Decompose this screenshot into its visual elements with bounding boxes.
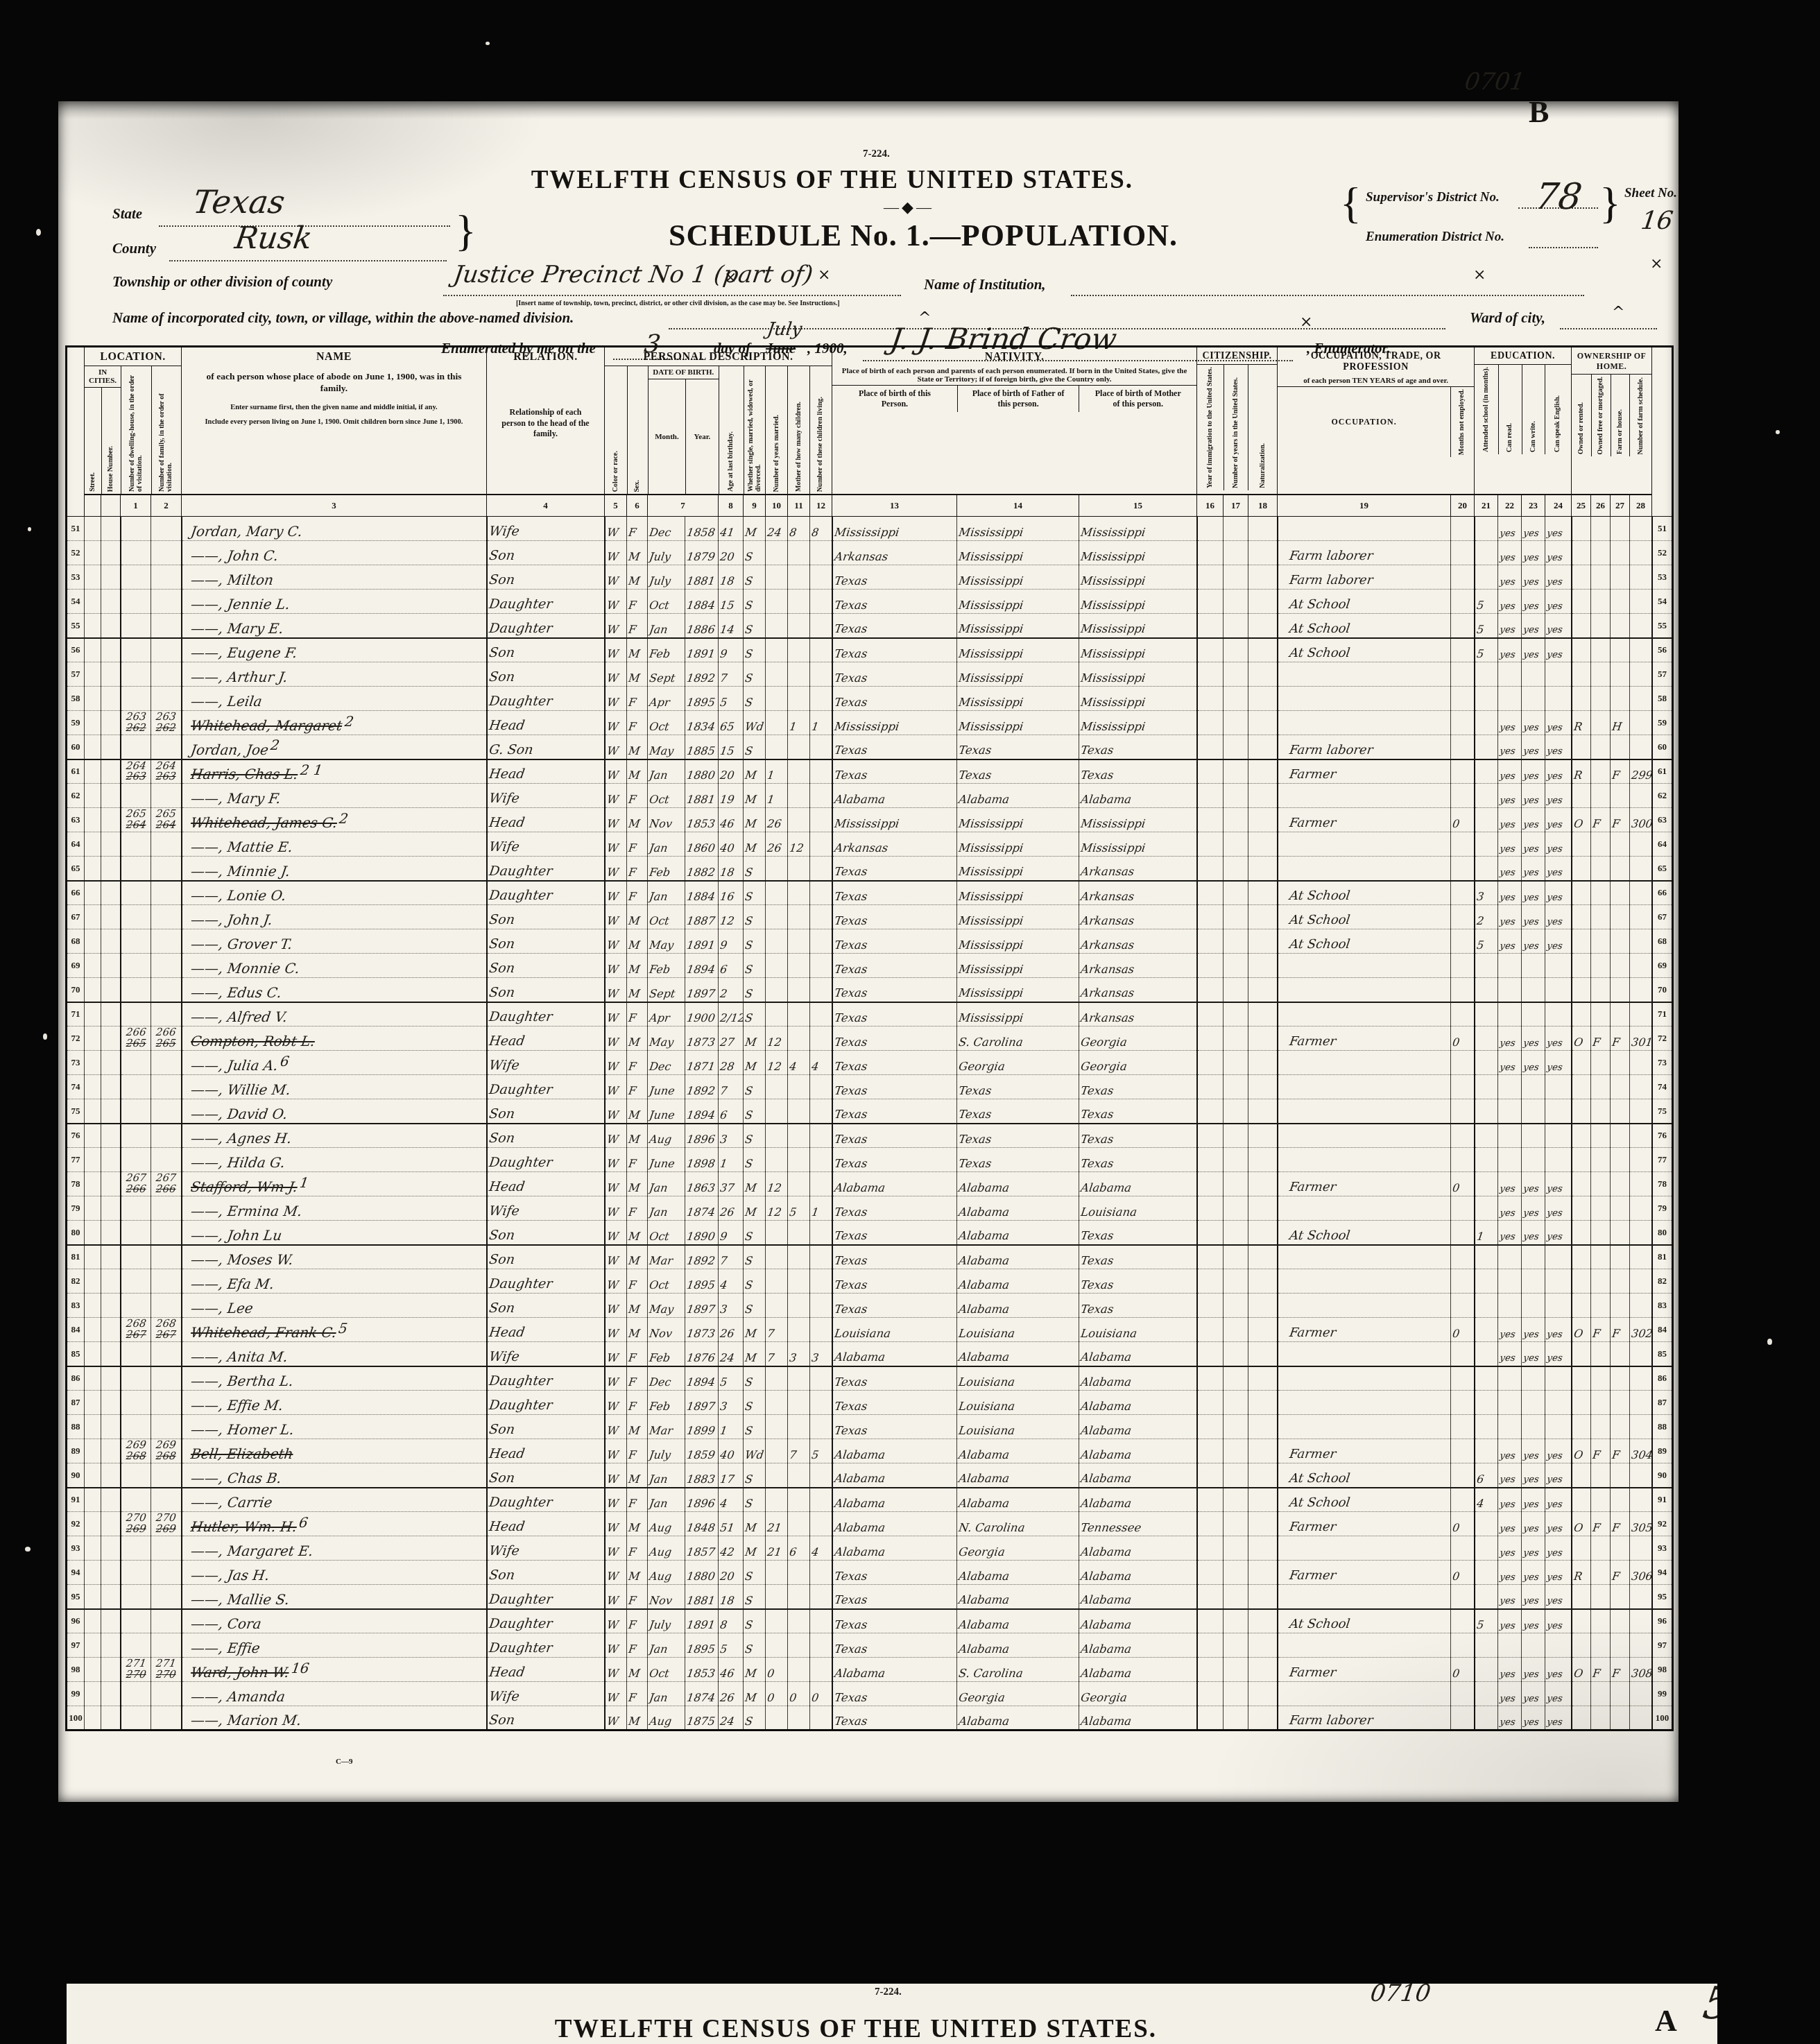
cell-fsn — [1630, 857, 1652, 881]
cell-imm — [1197, 1512, 1224, 1536]
cell-name: Stafford, Wm J.1 — [182, 1172, 487, 1196]
cell-moc — [788, 1245, 810, 1269]
cell-imm — [1197, 978, 1224, 1002]
cell-sex: M — [627, 1124, 648, 1148]
cell-own — [1572, 638, 1591, 662]
table-row: 75——, David O.SonWMJune18946STexasTexasT… — [67, 1099, 1673, 1124]
cell-age: 9 — [719, 929, 744, 954]
cell-yus — [1224, 541, 1248, 565]
cell-mar: S — [744, 1463, 766, 1488]
cell-n-right: 70 — [1652, 978, 1673, 1002]
cell-en — [1545, 1148, 1572, 1172]
cell-cl — [810, 541, 832, 565]
cell-bm: July — [648, 1439, 685, 1463]
cell-pf: Alabama — [957, 1196, 1079, 1221]
cell-fh — [1611, 1294, 1630, 1318]
cell-pf: N. Carolina — [957, 1512, 1079, 1536]
cell-by: 1875 — [685, 1706, 719, 1730]
cell-ym — [766, 1609, 788, 1633]
cell-name: ——, Efa M. — [182, 1269, 487, 1294]
cell-st — [85, 881, 101, 905]
cell-mne — [1451, 590, 1475, 614]
cell-n-right: 75 — [1652, 1099, 1673, 1124]
table-row: 89269268269268Bell, ElizabethHeadWFJuly1… — [67, 1439, 1673, 1463]
cell-sch: 5 — [1475, 929, 1498, 954]
cell-imm — [1197, 1561, 1224, 1585]
cell-mar: M — [744, 1027, 766, 1051]
cell-yus — [1224, 1366, 1248, 1391]
cell-pb: Texas — [832, 1366, 957, 1391]
cell-n-right: 86 — [1652, 1366, 1673, 1391]
cell-own — [1572, 832, 1591, 857]
cell-moc — [788, 784, 810, 808]
cell-nat — [1248, 1391, 1278, 1415]
cell-fsn — [1630, 590, 1652, 614]
cell-imm — [1197, 1245, 1224, 1269]
cell-st — [85, 1463, 101, 1488]
cell-rel: Head — [487, 808, 605, 832]
cell-pf: Mississippi — [957, 687, 1079, 711]
cell-mne — [1451, 614, 1475, 638]
cell-cl — [810, 662, 832, 687]
cell-fm — [151, 1391, 182, 1415]
cell-fre — [1591, 711, 1611, 735]
cell-occ: Farm laborer — [1278, 735, 1451, 759]
cell-wr: yes — [1522, 590, 1545, 614]
x-mark: × — [1473, 266, 1486, 284]
cell-rd: yes — [1498, 1318, 1522, 1342]
cell-yus — [1224, 832, 1248, 857]
cell-pb: Texas — [832, 1391, 957, 1415]
cell-by: 1895 — [685, 1269, 719, 1294]
cell-pm: Texas — [1079, 1124, 1197, 1148]
cell-bm: Aug — [648, 1536, 685, 1561]
cell-bm: Feb — [648, 954, 685, 978]
cell-sch: 4 — [1475, 1488, 1498, 1512]
cell-sch — [1475, 1148, 1498, 1172]
cell-race: W — [605, 614, 627, 638]
cell-st — [85, 1658, 101, 1682]
table-row: 74——, Willie M.DaughterWFJune18927STexas… — [67, 1075, 1673, 1099]
cell-fh — [1611, 1366, 1630, 1391]
cell-pb: Alabama — [832, 1512, 957, 1536]
cell-race: W — [605, 1027, 627, 1051]
cell-name: ——, Jas H. — [182, 1561, 487, 1585]
group-ownership: OWNERSHIP OF HOME. Owned or rented. Owne… — [1572, 347, 1652, 495]
cell-cl: 8 — [810, 517, 832, 541]
cell-name: ——, Homer L. — [182, 1415, 487, 1439]
cell-race: W — [605, 590, 627, 614]
cell-en: yes — [1545, 1027, 1572, 1051]
col-pob-father: Place of birth of Father of this person. — [957, 386, 1079, 412]
cell-fre: F — [1591, 1658, 1611, 1682]
cell-fm — [151, 541, 182, 565]
cell-rel: Wife — [487, 1682, 605, 1706]
cell-pm: Alabama — [1079, 1391, 1197, 1415]
name-desc: of each person whose place of abode on J… — [182, 366, 486, 400]
row-number-header-left — [67, 347, 85, 517]
cell-pf: Georgia — [957, 1682, 1079, 1706]
cell-pb: Texas — [832, 662, 957, 687]
cell-cl — [810, 1318, 832, 1342]
cell-yus — [1224, 711, 1248, 735]
cell-bm: Oct — [648, 905, 685, 929]
table-row: 58——, LeilaDaughterWFApr18955STexasMissi… — [67, 687, 1673, 711]
cell-race: W — [605, 638, 627, 662]
cell-occ: At School — [1278, 1488, 1451, 1512]
cell-pm: Texas — [1079, 1099, 1197, 1124]
cell-pb: Texas — [832, 978, 957, 1002]
cell-imm — [1197, 929, 1224, 954]
cell-n: 95 — [67, 1585, 85, 1609]
table-row: 60Jordan, Joe2G. SonWMMay188515STexasTex… — [67, 735, 1673, 759]
cell-bm: Aug — [648, 1512, 685, 1536]
cell-st — [85, 1512, 101, 1536]
cell-own — [1572, 517, 1591, 541]
cell-occ — [1278, 1051, 1451, 1075]
cell-sch — [1475, 662, 1498, 687]
cell-yus — [1224, 517, 1248, 541]
cell-race: W — [605, 1609, 627, 1633]
cell-pf: Texas — [957, 759, 1079, 784]
cell-ym — [766, 541, 788, 565]
cell-n-right: 88 — [1652, 1415, 1673, 1439]
cell-fsn — [1630, 1415, 1652, 1439]
cell-by: 1900 — [685, 1002, 719, 1027]
cell-mne — [1451, 1366, 1475, 1391]
col-attended-school: Attended school (in months). — [1483, 367, 1491, 452]
cell-bm: Nov — [648, 808, 685, 832]
cell-ym — [766, 1221, 788, 1245]
cell-cl — [810, 1488, 832, 1512]
cell-dw — [121, 517, 151, 541]
cell-fsn — [1630, 1196, 1652, 1221]
cell-nat — [1248, 1415, 1278, 1439]
cell-fh — [1611, 1391, 1630, 1415]
cell-imm — [1197, 638, 1224, 662]
table-row: 100——, Marion M.SonWMAug187524STexasAlab… — [67, 1706, 1673, 1730]
cell-race: W — [605, 1439, 627, 1463]
cell-bm: Oct — [648, 784, 685, 808]
cell-moc — [788, 541, 810, 565]
cell-st — [85, 1706, 101, 1730]
cell-wr: yes — [1522, 1439, 1545, 1463]
cell-ym — [766, 638, 788, 662]
ward-line — [1560, 327, 1657, 329]
cell-n: 83 — [67, 1294, 85, 1318]
cell-yus — [1224, 1124, 1248, 1148]
cell-fm — [151, 1682, 182, 1706]
cell-fre — [1591, 1099, 1611, 1124]
cell-imm — [1197, 784, 1224, 808]
cell-fsn — [1630, 1342, 1652, 1366]
cell-rel: Daughter — [487, 1488, 605, 1512]
cell-wr — [1522, 1294, 1545, 1318]
cell-sch — [1475, 1027, 1498, 1051]
cell-ym — [766, 1099, 788, 1124]
cell-rel: Son — [487, 1415, 605, 1439]
cell-bm: Feb — [648, 1391, 685, 1415]
cell-imm — [1197, 1269, 1224, 1294]
cell-wr: yes — [1522, 857, 1545, 881]
cell-occ: At School — [1278, 638, 1451, 662]
cell-own: R — [1572, 711, 1591, 735]
cell-mar: S — [744, 565, 766, 590]
cell-dw — [121, 1633, 151, 1658]
cell-wr: yes — [1522, 1196, 1545, 1221]
cell-pb: Texas — [832, 857, 957, 881]
cell-by: 1879 — [685, 541, 719, 565]
cell-race: W — [605, 565, 627, 590]
cell-fm — [151, 1002, 182, 1027]
cell-ym: 26 — [766, 808, 788, 832]
film-speck — [1776, 430, 1780, 434]
cell-hn — [101, 662, 121, 687]
cell-hn — [101, 541, 121, 565]
cell-sex: M — [627, 1415, 648, 1439]
cell-nat — [1248, 711, 1278, 735]
cell-age: 40 — [719, 1439, 744, 1463]
cell-imm — [1197, 1124, 1224, 1148]
cell-race: W — [605, 784, 627, 808]
cell-age: 9 — [719, 638, 744, 662]
cell-pm: Mississippi — [1079, 565, 1197, 590]
cell-mar: S — [744, 1075, 766, 1099]
cell-sch — [1475, 1172, 1498, 1196]
cell-hn — [101, 517, 121, 541]
cell-hn — [101, 1099, 121, 1124]
cell-sex: F — [627, 1051, 648, 1075]
cell-sch: 6 — [1475, 1463, 1498, 1488]
cell-sch: 1 — [1475, 1221, 1498, 1245]
cell-pm: Alabama — [1079, 1585, 1197, 1609]
cell-bm: Sept — [648, 662, 685, 687]
cell-by: 1892 — [685, 1245, 719, 1269]
cell-fh — [1611, 1536, 1630, 1561]
table-row: 59263262263262Whitehead, Margaret2HeadWF… — [67, 711, 1673, 735]
cell-sch — [1475, 1002, 1498, 1027]
cell-fsn — [1630, 1391, 1652, 1415]
cell-cl — [810, 638, 832, 662]
cell-dw — [121, 1002, 151, 1027]
cell-fsn — [1630, 929, 1652, 954]
cell-own — [1572, 614, 1591, 638]
cell-n-right: 87 — [1652, 1391, 1673, 1415]
cell-moc — [788, 1391, 810, 1415]
cell-fh — [1611, 638, 1630, 662]
cell-pb: Arkansas — [832, 541, 957, 565]
cell-pf: Alabama — [957, 1294, 1079, 1318]
col-farm-schedule: Number of farm schedule. — [1638, 377, 1645, 454]
cell-imm — [1197, 1221, 1224, 1245]
cell-wr: yes — [1522, 1051, 1545, 1075]
cell-moc — [788, 614, 810, 638]
cell-age: 7 — [719, 1075, 744, 1099]
cell-ym — [766, 1269, 788, 1294]
cell-sex: F — [627, 1002, 648, 1027]
cell-fm — [151, 905, 182, 929]
cell-by: 1884 — [685, 881, 719, 905]
film-speck — [486, 42, 490, 45]
name-desc3: Include every person living on June 1, 1… — [182, 415, 486, 429]
cell-fh — [1611, 1099, 1630, 1124]
cell-race: W — [605, 1706, 627, 1730]
cell-pf: Mississippi — [957, 881, 1079, 905]
cell-fh — [1611, 978, 1630, 1002]
cell-pf: Mississippi — [957, 541, 1079, 565]
cell-pb: Texas — [832, 1124, 957, 1148]
colnum-26: 26 — [1591, 495, 1611, 517]
cell-imm — [1197, 517, 1224, 541]
cell-occ — [1278, 1536, 1451, 1561]
cell-fh — [1611, 1124, 1630, 1148]
cell-rd: yes — [1498, 1439, 1522, 1463]
cell-fm — [151, 1124, 182, 1148]
cell-yus — [1224, 1269, 1248, 1294]
cell-name: ——, Anita M. — [182, 1342, 487, 1366]
cell-nat — [1248, 517, 1278, 541]
cell-cl — [810, 1027, 832, 1051]
cell-nat — [1248, 1221, 1278, 1245]
cell-st — [85, 1269, 101, 1294]
cell-sex: F — [627, 1269, 648, 1294]
cell-mne — [1451, 881, 1475, 905]
cell-by: 1874 — [685, 1682, 719, 1706]
cell-name: ——, Milton — [182, 565, 487, 590]
cell-bm: May — [648, 1294, 685, 1318]
cell-name: Harris, Chas L.2 1 — [182, 759, 487, 784]
cell-fre — [1591, 517, 1611, 541]
cell-name: ——, Hilda G. — [182, 1148, 487, 1172]
cell-sex: F — [627, 784, 648, 808]
cell-own: R — [1572, 759, 1591, 784]
cell-mne: 0 — [1451, 808, 1475, 832]
cell-rel: G. Son — [487, 735, 605, 759]
cell-fre — [1591, 1366, 1611, 1391]
cell-by: 1899 — [685, 1415, 719, 1439]
cell-wr: yes — [1522, 929, 1545, 954]
cell-sex: F — [627, 711, 648, 735]
cell-cl — [810, 881, 832, 905]
cell-hn — [101, 1512, 121, 1536]
cell-mar: S — [744, 1633, 766, 1658]
cell-nat — [1248, 1318, 1278, 1342]
cell-age: 28 — [719, 1051, 744, 1075]
cell-bm: Jan — [648, 1488, 685, 1512]
cell-sch — [1475, 954, 1498, 978]
cell-ym — [766, 614, 788, 638]
cell-sex: M — [627, 662, 648, 687]
cell-occ — [1278, 1391, 1451, 1415]
cell-dw: 271270 — [121, 1658, 151, 1682]
cell-cl — [810, 1561, 832, 1585]
cell-fre — [1591, 1294, 1611, 1318]
cell-yus — [1224, 1658, 1248, 1682]
cell-occ: At School — [1278, 905, 1451, 929]
cell-rel: Daughter — [487, 687, 605, 711]
cell-rel: Head — [487, 1318, 605, 1342]
cell-mne — [1451, 1051, 1475, 1075]
cell-wr — [1522, 1124, 1545, 1148]
cell-pf: Louisiana — [957, 1366, 1079, 1391]
cell-pm: Georgia — [1079, 1682, 1197, 1706]
cell-yus — [1224, 1463, 1248, 1488]
cell-pf: Alabama — [957, 1172, 1079, 1196]
cell-mne — [1451, 1415, 1475, 1439]
cell-pf: Louisiana — [957, 1415, 1079, 1439]
cell-pb: Texas — [832, 1099, 957, 1124]
cell-fsn — [1630, 1488, 1652, 1512]
cell-pb: Texas — [832, 1585, 957, 1609]
colnum-10: 10 — [766, 495, 788, 517]
col-house-number: House Number. — [108, 446, 115, 492]
cell-sex: M — [627, 541, 648, 565]
cell-fh — [1611, 662, 1630, 687]
cell-by: 1886 — [685, 614, 719, 638]
cell-mne — [1451, 662, 1475, 687]
cell-by: 1884 — [685, 590, 719, 614]
cell-fsn — [1630, 1245, 1652, 1269]
cell-bm: Oct — [648, 711, 685, 735]
cell-moc: 6 — [788, 1536, 810, 1561]
col-years-us: Number of years in the United States. — [1233, 377, 1240, 488]
cell-occ — [1278, 1633, 1451, 1658]
cell-moc — [788, 735, 810, 759]
cell-ym: 1 — [766, 759, 788, 784]
cell-by: 1887 — [685, 905, 719, 929]
colnum-15: 15 — [1079, 495, 1197, 517]
cell-dw — [121, 857, 151, 881]
cell-rd: yes — [1498, 1658, 1522, 1682]
cell-imm — [1197, 1536, 1224, 1561]
table-row: 55——, Mary E.DaughterWFJan188614STexasMi… — [67, 614, 1673, 638]
cell-pb: Texas — [832, 1148, 957, 1172]
cell-dw — [121, 1051, 151, 1075]
table-row: 85——, Anita M.WifeWFFeb187624M733Alabama… — [67, 1342, 1673, 1366]
colnum-9: 9 — [744, 495, 766, 517]
colnum-16: 16 — [1197, 495, 1224, 517]
cell-mne — [1451, 857, 1475, 881]
cell-nat — [1248, 929, 1278, 954]
cell-fm — [151, 590, 182, 614]
cell-wr: yes — [1522, 1342, 1545, 1366]
cell-own — [1572, 1002, 1591, 1027]
cell-occ: Farmer — [1278, 759, 1451, 784]
cell-yus — [1224, 1585, 1248, 1609]
cell-fh: F — [1611, 1027, 1630, 1051]
cell-rd: yes — [1498, 1342, 1522, 1366]
cell-st — [85, 759, 101, 784]
cell-nat — [1248, 1706, 1278, 1730]
cell-mar: Wd — [744, 1439, 766, 1463]
cell-fsn — [1630, 1294, 1652, 1318]
cell-n: 85 — [67, 1342, 85, 1366]
cell-hn — [101, 1075, 121, 1099]
cell-race: W — [605, 1561, 627, 1585]
cell-nat — [1248, 954, 1278, 978]
cell-mne — [1451, 784, 1475, 808]
cell-fre: F — [1591, 1027, 1611, 1051]
cell-own: O — [1572, 1318, 1591, 1342]
cell-pb: Texas — [832, 1075, 957, 1099]
cell-race: W — [605, 517, 627, 541]
cell-st — [85, 565, 101, 590]
cell-fm: 265264 — [151, 808, 182, 832]
cell-pb: Alabama — [832, 784, 957, 808]
cell-en: yes — [1545, 541, 1572, 565]
cell-ym: 12 — [766, 1027, 788, 1051]
cell-race: W — [605, 929, 627, 954]
